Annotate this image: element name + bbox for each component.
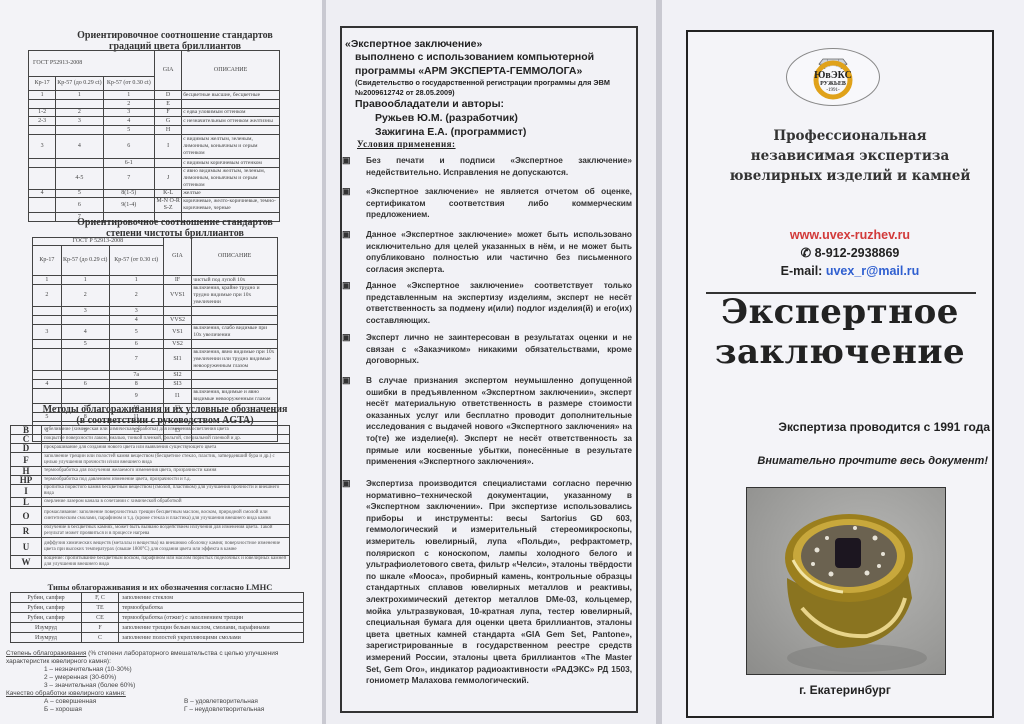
logo: ЮвЭКС РУЖЬЕВ -1991-	[786, 48, 880, 106]
lmhc-text: заполнение полостей укрепляющими смолами	[119, 633, 304, 643]
method-code: I	[11, 485, 42, 498]
condition-item: ▣Экспертиза производится специалистами с…	[352, 478, 632, 687]
cell-kr57b: 3	[109, 307, 163, 316]
headline-line: Профессиональная	[700, 126, 1000, 146]
method-code: W	[11, 556, 42, 569]
header-gost: ГОСТ Р52913-2008	[29, 51, 155, 77]
cell-kr57a: 5	[61, 340, 109, 349]
method-text: заполнение трещин или полостей камня вещ…	[42, 453, 290, 467]
cell-desc	[192, 316, 278, 325]
table-row: 1-223Fс едва уловимым оттенком	[29, 109, 280, 117]
method-text: облучение в бесцветных камнях, может быт…	[42, 525, 290, 538]
headline-line: ювелирных изделий и камней	[700, 166, 1000, 186]
book-icon: ▣	[342, 186, 351, 198]
methods-title-line1: Методы облагораживания и их условные обо…	[40, 404, 290, 415]
lmhc-row: Рубин, сапфирF, Cзаполнение стеклом	[11, 593, 304, 603]
cell-kr17: 4	[33, 380, 62, 389]
cell-gia: VVS2	[163, 316, 192, 325]
cell-desc: бесцветные высшие, бесцветные	[182, 91, 280, 100]
ring-photo	[746, 487, 946, 675]
book-icon: ▣	[342, 478, 351, 490]
clarity-table-title: Ориентировочное соотношение стандартов с…	[60, 217, 290, 239]
method-text: прокрашивание для создания нового цвета …	[42, 444, 290, 453]
cell-desc: с видимым коричневым оттенком	[182, 159, 280, 168]
panel-left: Ориентировочное соотношение стандартов г…	[0, 0, 322, 724]
lmhc-table: Рубин, сапфирF, Cзаполнение стекломРубин…	[10, 592, 304, 643]
cell-kr17	[33, 340, 62, 349]
lmhc-stone: Изумруд	[11, 623, 82, 633]
lmhc-code: F, C	[82, 593, 119, 603]
degree-level: 3 – значительная (более 60%)	[44, 682, 306, 690]
cell-kr57b: 7	[103, 168, 154, 190]
cell-kr17	[29, 159, 56, 168]
cell-kr17	[33, 307, 62, 316]
method-row: Fзаполнение трещин или полостей камня ве…	[11, 453, 290, 467]
logo-name: ЮвЭКС	[813, 70, 853, 81]
header-desc: ОПИСАНИЕ	[182, 51, 280, 91]
cell-gia: F	[154, 109, 181, 117]
cell-gia: SI1	[163, 349, 192, 371]
cell-gia: I1	[163, 389, 192, 404]
method-text: термообработка под давлением изменение ц…	[42, 476, 290, 485]
cell-kr57a	[61, 349, 109, 371]
degree-levels: 1 – незначительная (10-30%) 2 – умеренна…	[6, 666, 306, 690]
method-code: O	[11, 507, 42, 525]
cell-kr57b: 7	[109, 349, 163, 371]
cell-gia: SI2	[163, 371, 192, 380]
cell-kr17: 2	[33, 285, 62, 307]
color-grades-table: ГОСТ Р52913-2008 GIA ОПИСАНИЕ Кр-17 Кр-5…	[28, 50, 280, 222]
lmhc-text: термообработка (отжиг) с заполнением тре…	[119, 613, 304, 623]
method-text: диффузия химических веществ (металлы и в…	[42, 538, 290, 556]
cell-kr17: 1	[29, 91, 56, 100]
treatment-methods-table: Bотбеливание (химическая или химическая …	[10, 425, 290, 569]
cell-desc: включения, видимые и явно видимые невоор…	[192, 389, 278, 404]
degree-title: Степень облагораживания	[6, 650, 86, 657]
condition-text: Экспертиза производится специалистами со…	[352, 478, 632, 687]
cell-kr57b: 6	[109, 340, 163, 349]
header-kr17: Кр-17	[33, 246, 62, 276]
conditions-title: Условия применения:	[345, 139, 635, 149]
table-row: 6-1с видимым коричневым оттенком	[29, 159, 280, 168]
condition-item: ▣Без печати и подписи «Экспертное заключ…	[352, 155, 632, 178]
headline: Профессиональная независимая экспертиза …	[700, 126, 1000, 186]
lmhc-code: CE	[82, 613, 119, 623]
lmhc-code: TE	[82, 603, 119, 613]
quality-title: Качество обработки ювелирного камня:	[6, 690, 306, 698]
headline-line: независимая экспертиза	[700, 146, 1000, 166]
header-kr57b: Кр-57 (от 0.30 ct)	[109, 246, 163, 276]
cell-kr17	[33, 349, 62, 371]
owners-title: Правообладатели и авторы:	[345, 97, 635, 111]
cell-kr57b: 1	[109, 276, 163, 285]
color-table-title: Ориентировочное соотношение стандартов г…	[60, 30, 290, 52]
condition-item: ▣Эксперт лично не заинтересован в резуль…	[352, 332, 632, 367]
header-gost: ГОСТ Р 52913-2008	[33, 238, 164, 246]
cell-gia: J	[154, 168, 181, 190]
email-link[interactable]: uvex_r@mail.ru	[826, 264, 919, 278]
cell-kr57b: 6	[103, 135, 154, 159]
website-link[interactable]: www.uvex-ruzhev.ru	[700, 226, 1000, 244]
email-label: E-mail:	[781, 264, 826, 278]
cell-desc	[182, 126, 280, 135]
cell-gia: SI3	[163, 380, 192, 389]
cell-kr17	[29, 168, 56, 190]
cell-desc: включения, явно видимые при 10x увеличен…	[192, 349, 278, 371]
book-icon: ▣	[342, 332, 351, 344]
treatment-degree: Степень облагораживания (% степени лабор…	[6, 650, 306, 714]
condition-item: ▣В случае признания экспертом неумышленн…	[352, 375, 632, 468]
method-code: R	[11, 525, 42, 538]
logo-year: -1991-	[813, 88, 853, 93]
method-row: HPтермообработка под давлением изменение…	[11, 476, 290, 485]
cell-desc: с видимым желтым, зеленым, лимонным, кон…	[182, 135, 280, 159]
cell-kr57a	[56, 159, 103, 168]
method-code: F	[11, 453, 42, 467]
quality-grade: Б – хорошая	[44, 706, 184, 714]
intro-line2: программы «АРМ ЭКСПЕРТА-ГЕММОЛОГА»	[345, 64, 635, 78]
condition-text: Эксперт лично не заинтересован в результ…	[352, 332, 632, 367]
lmhc-stone: Рубин, сапфир	[11, 603, 82, 613]
cell-kr17	[29, 213, 56, 222]
cell-gia: IF	[163, 276, 192, 285]
table-row: 345VS1включения, слабо видимые при 10x у…	[33, 325, 278, 340]
cell-gia: VS2	[163, 340, 192, 349]
contacts: www.uvex-ruzhev.ru ✆ 8-912-2938869 E-mai…	[700, 226, 1000, 280]
cell-gia: E	[154, 100, 181, 109]
cell-desc	[192, 371, 278, 380]
table-row: 33	[33, 307, 278, 316]
method-row: Cпокрытие поверхности лаком, эмалью, тон…	[11, 435, 290, 444]
cell-kr57a: 4	[56, 135, 103, 159]
cell-kr57a: 3	[56, 117, 103, 126]
header-desc: ОПИСАНИЕ	[192, 238, 278, 276]
cell-desc: чистый под лупой 10x	[192, 276, 278, 285]
cell-kr57b: 4	[103, 117, 154, 126]
table-row: 468SI3	[33, 380, 278, 389]
method-row: Hтермообработка для получения желаемого …	[11, 467, 290, 476]
cell-kr57b: 8	[109, 380, 163, 389]
cell-desc: с едва уловимым оттенком	[182, 109, 280, 117]
method-code: HP	[11, 476, 42, 485]
degree-level: 1 – незначительная (10-30%)	[44, 666, 306, 674]
cell-kr17	[33, 389, 62, 404]
lmhc-text: термообработка	[119, 603, 304, 613]
cell-kr57a: 1	[56, 91, 103, 100]
cell-desc: включения, крайне трудно и трудно видимы…	[192, 285, 278, 307]
cell-kr57b: 6-1	[103, 159, 154, 168]
method-row: Wвощение: пропитывание бесцветным воском…	[11, 556, 290, 569]
cell-kr57b: 9	[109, 389, 163, 404]
book-icon: ▣	[342, 229, 351, 241]
cell-kr57b: 2	[109, 285, 163, 307]
methods-title: Методы облагораживания и их условные обо…	[40, 404, 290, 426]
cell-kr17: 2-3	[29, 117, 56, 126]
cell-kr57b: 5	[103, 126, 154, 135]
cell-kr57a: 6	[56, 198, 103, 213]
phone: ✆ 8-912-2938869	[700, 244, 1000, 262]
cell-kr57b: 1	[103, 91, 154, 100]
cell-kr57a	[61, 371, 109, 380]
cell-kr17	[29, 100, 56, 109]
cell-kr17: 3	[33, 325, 62, 340]
document-title: Экспертное заключение	[690, 292, 990, 372]
title-line1: Экспертное	[690, 292, 990, 332]
header-kr57b: Кр-57 (от 0.30 ct)	[103, 77, 154, 91]
cell-desc	[182, 100, 280, 109]
method-text: сверление лазером канала в сочетании с х…	[42, 498, 290, 507]
cell-gia: I	[154, 135, 181, 159]
cell-gia: H	[154, 126, 181, 135]
lmhc-text: заполнение трещин белым маслом, смолами,…	[119, 623, 304, 633]
quality-grade: Г – неудовлетворительная	[184, 706, 324, 714]
phone-icon: ✆	[801, 246, 811, 260]
method-text: термообработка для получения желаемого и…	[42, 467, 290, 476]
cell-gia: G	[154, 117, 181, 126]
table-row: 4VVS2	[33, 316, 278, 325]
condition-item: ▣Данное «Экспертное заключение» может бы…	[352, 229, 632, 275]
warning-text: Внимательно прочтите весь документ!	[700, 455, 988, 467]
cell-kr17: 1	[33, 276, 62, 285]
header-gia: GIA	[154, 51, 181, 91]
clarity-table-title-line1: Ориентировочное соотношение стандартов	[60, 217, 290, 228]
table-row: 111IFчистый под лупой 10x	[33, 276, 278, 285]
method-row: Lсверление лазером канала в сочетании с …	[11, 498, 290, 507]
table-row: 346Iс видимым желтым, зеленым, лимонным,…	[29, 135, 280, 159]
table-row: 458(1-5)K-Lжелтые	[29, 190, 280, 198]
cell-kr57a: 3	[61, 307, 109, 316]
condition-item: ▣Данное «Экспертное заключение» соответс…	[352, 280, 632, 326]
cell-kr57a: 2	[61, 285, 109, 307]
lmhc-stone: Рубин, сапфир	[11, 593, 82, 603]
cell-desc	[192, 340, 278, 349]
lmhc-row: ИзумрудCзаполнение полостей укрепляющими…	[11, 633, 304, 643]
cell-kr57a	[61, 316, 109, 325]
table-row: 56VS2	[33, 340, 278, 349]
cell-gia: VVS1	[163, 285, 192, 307]
cell-gia: VS1	[163, 325, 192, 340]
degree-level: 2 – умеренная (30-60%)	[44, 674, 306, 682]
header-kr57a: Кр-57 (до 0.29 ct)	[61, 246, 109, 276]
cell-kr57b: 3	[103, 109, 154, 117]
lmhc-stone: Рубин, сапфир	[11, 613, 82, 623]
lmhc-code: F	[82, 623, 119, 633]
method-row: Uдиффузия химических веществ (металлы и …	[11, 538, 290, 556]
condition-text: Без печати и подписи «Экспертное заключе…	[352, 155, 632, 178]
cell-kr57a: 2	[56, 109, 103, 117]
cell-desc: с явно видимым желтым, зеленым, лимонным…	[182, 168, 280, 190]
program-info: «Экспертное заключение» выполнено с испо…	[345, 38, 635, 149]
cell-gia: D	[154, 91, 181, 100]
method-text: покрытие поверхности лаком, эмалью, тонк…	[42, 435, 290, 444]
author-developer: Ружьев Ю.М. (разработчик)	[345, 111, 635, 125]
intro-title: «Экспертное заключение»	[345, 38, 635, 50]
method-code: D	[11, 444, 42, 453]
method-row: Bотбеливание (химическая или химическая …	[11, 426, 290, 435]
cell-kr57b: 9(1-4)	[103, 198, 154, 213]
cell-kr17: 4	[29, 190, 56, 198]
table-row: 222VVS1включения, крайне трудно и трудно…	[33, 285, 278, 307]
logo-sub: РУЖЬЕВ	[813, 81, 853, 87]
condition-text: Данное «Экспертное заключение» соответст…	[352, 280, 632, 326]
header-gia: GIA	[163, 238, 192, 276]
ring-icon	[747, 488, 945, 674]
quality-grades: А – совершенная В – удовлетворительная Б…	[6, 698, 306, 714]
condition-text: «Экспертное заключение» не является отче…	[352, 186, 632, 221]
table-row: 69(1-4)M-N O-R S-Zкоричневые, желто-кори…	[29, 198, 280, 213]
cell-kr17	[29, 198, 56, 213]
table-row: 111Dбесцветные высшие, бесцветные	[29, 91, 280, 100]
cell-kr57a: 6	[61, 380, 109, 389]
table-row: 4-57Jс явно видимым желтым, зеленым, лим…	[29, 168, 280, 190]
cell-kr57a: 5	[56, 190, 103, 198]
cell-gia: M-N O-R S-Z	[154, 198, 181, 213]
lmhc-row: Рубин, сапфирTEтермообработка	[11, 603, 304, 613]
lmhc-text: заполнение стеклом	[119, 593, 304, 603]
book-icon: ▣	[342, 155, 351, 167]
cell-kr57b: 5	[109, 325, 163, 340]
cell-kr57a	[56, 126, 103, 135]
table-row: 2E	[29, 100, 280, 109]
cell-kr57b: 4	[109, 316, 163, 325]
table-row: 7SI1включения, явно видимые при 10x увел…	[33, 349, 278, 371]
author-programmer: Зажигина Е.А. (программист)	[345, 125, 635, 139]
cell-gia	[163, 307, 192, 316]
condition-text: В случае признания экспертом неумышленно…	[352, 375, 632, 468]
method-text: пропитка пористого камня бесцветным веще…	[42, 485, 290, 498]
intro-line1: выполнено с использованием компьютерной	[345, 50, 635, 64]
cell-kr17	[29, 126, 56, 135]
cell-kr57a	[61, 389, 109, 404]
cell-kr57a: 4-5	[56, 168, 103, 190]
lmhc-row: ИзумрудFзаполнение трещин белым маслом, …	[11, 623, 304, 633]
table-row: 2-334Gс незначительным оттенком желтизны	[29, 117, 280, 126]
phone-number: 8-912-2938869	[815, 246, 900, 260]
cell-desc	[192, 380, 278, 389]
title-line2: заключение	[690, 332, 990, 372]
method-code: L	[11, 498, 42, 507]
cell-kr57a: 1	[61, 276, 109, 285]
quality-grade: А – совершенная	[44, 698, 184, 706]
cell-kr17: 3	[29, 135, 56, 159]
cell-desc: с незначительным оттенком желтизны	[182, 117, 280, 126]
color-table-title-line1: Ориентировочное соотношение стандартов	[60, 30, 290, 41]
cell-kr17: 1-2	[29, 109, 56, 117]
cell-gia	[154, 159, 181, 168]
header-kr57a: Кр-57 (до 0.29 ct)	[56, 77, 103, 91]
method-row: Rоблучение в бесцветных камнях, может бы…	[11, 525, 290, 538]
table-row: 9I1включения, видимые и явно видимые нев…	[33, 389, 278, 404]
method-row: Oпромасливание: заполнение поверхностных…	[11, 507, 290, 525]
method-text: промасливание: заполнение поверхностных …	[42, 507, 290, 525]
method-row: Iпропитка пористого камня бесцветным вещ…	[11, 485, 290, 498]
cell-kr57a: 4	[61, 325, 109, 340]
cell-kr57b: 7a	[109, 371, 163, 380]
condition-text: Данное «Экспертное заключение» может быт…	[352, 229, 632, 275]
book-icon: ▣	[342, 280, 351, 292]
condition-item: ▣«Экспертное заключение» не является отч…	[352, 186, 632, 221]
email: E-mail: uvex_r@mail.ru	[700, 262, 1000, 280]
cell-desc: включения, слабо видимые при 10x увеличе…	[192, 325, 278, 340]
header-kr17: Кр-17	[29, 77, 56, 91]
method-code: U	[11, 538, 42, 556]
cell-kr57a	[56, 100, 103, 109]
cell-kr17	[33, 371, 62, 380]
book-icon: ▣	[342, 375, 351, 387]
cell-desc	[192, 307, 278, 316]
cell-desc: желтые	[182, 190, 280, 198]
table-row: 5H	[29, 126, 280, 135]
table-row: 7aSI2	[33, 371, 278, 380]
lmhc-stone: Изумруд	[11, 633, 82, 643]
lmhc-code: C	[82, 633, 119, 643]
quality-grade: В – удовлетворительная	[184, 698, 324, 706]
cell-kr17	[33, 316, 62, 325]
lmhc-row: Рубин, сапфирCEтермообработка (отжиг) с …	[11, 613, 304, 623]
since-text: Экспертиза проводится с 1991 года	[700, 420, 990, 434]
cell-desc: коричневые, желто-коричневые, темно-кори…	[182, 198, 280, 213]
cell-gia: K-L	[154, 190, 181, 198]
method-text: вощение: пропитывание бесцветным воском,…	[42, 556, 290, 569]
city: г. Екатеринбург	[700, 683, 990, 697]
method-row: Dпрокрашивание для создания нового цвета…	[11, 444, 290, 453]
registration-certificate: (Свидетельство о государственной регистр…	[345, 78, 635, 97]
cell-kr57b: 8(1-5)	[103, 190, 154, 198]
cell-kr57b: 2	[103, 100, 154, 109]
method-text: отбеливание (химическая или химическая о…	[42, 426, 290, 435]
